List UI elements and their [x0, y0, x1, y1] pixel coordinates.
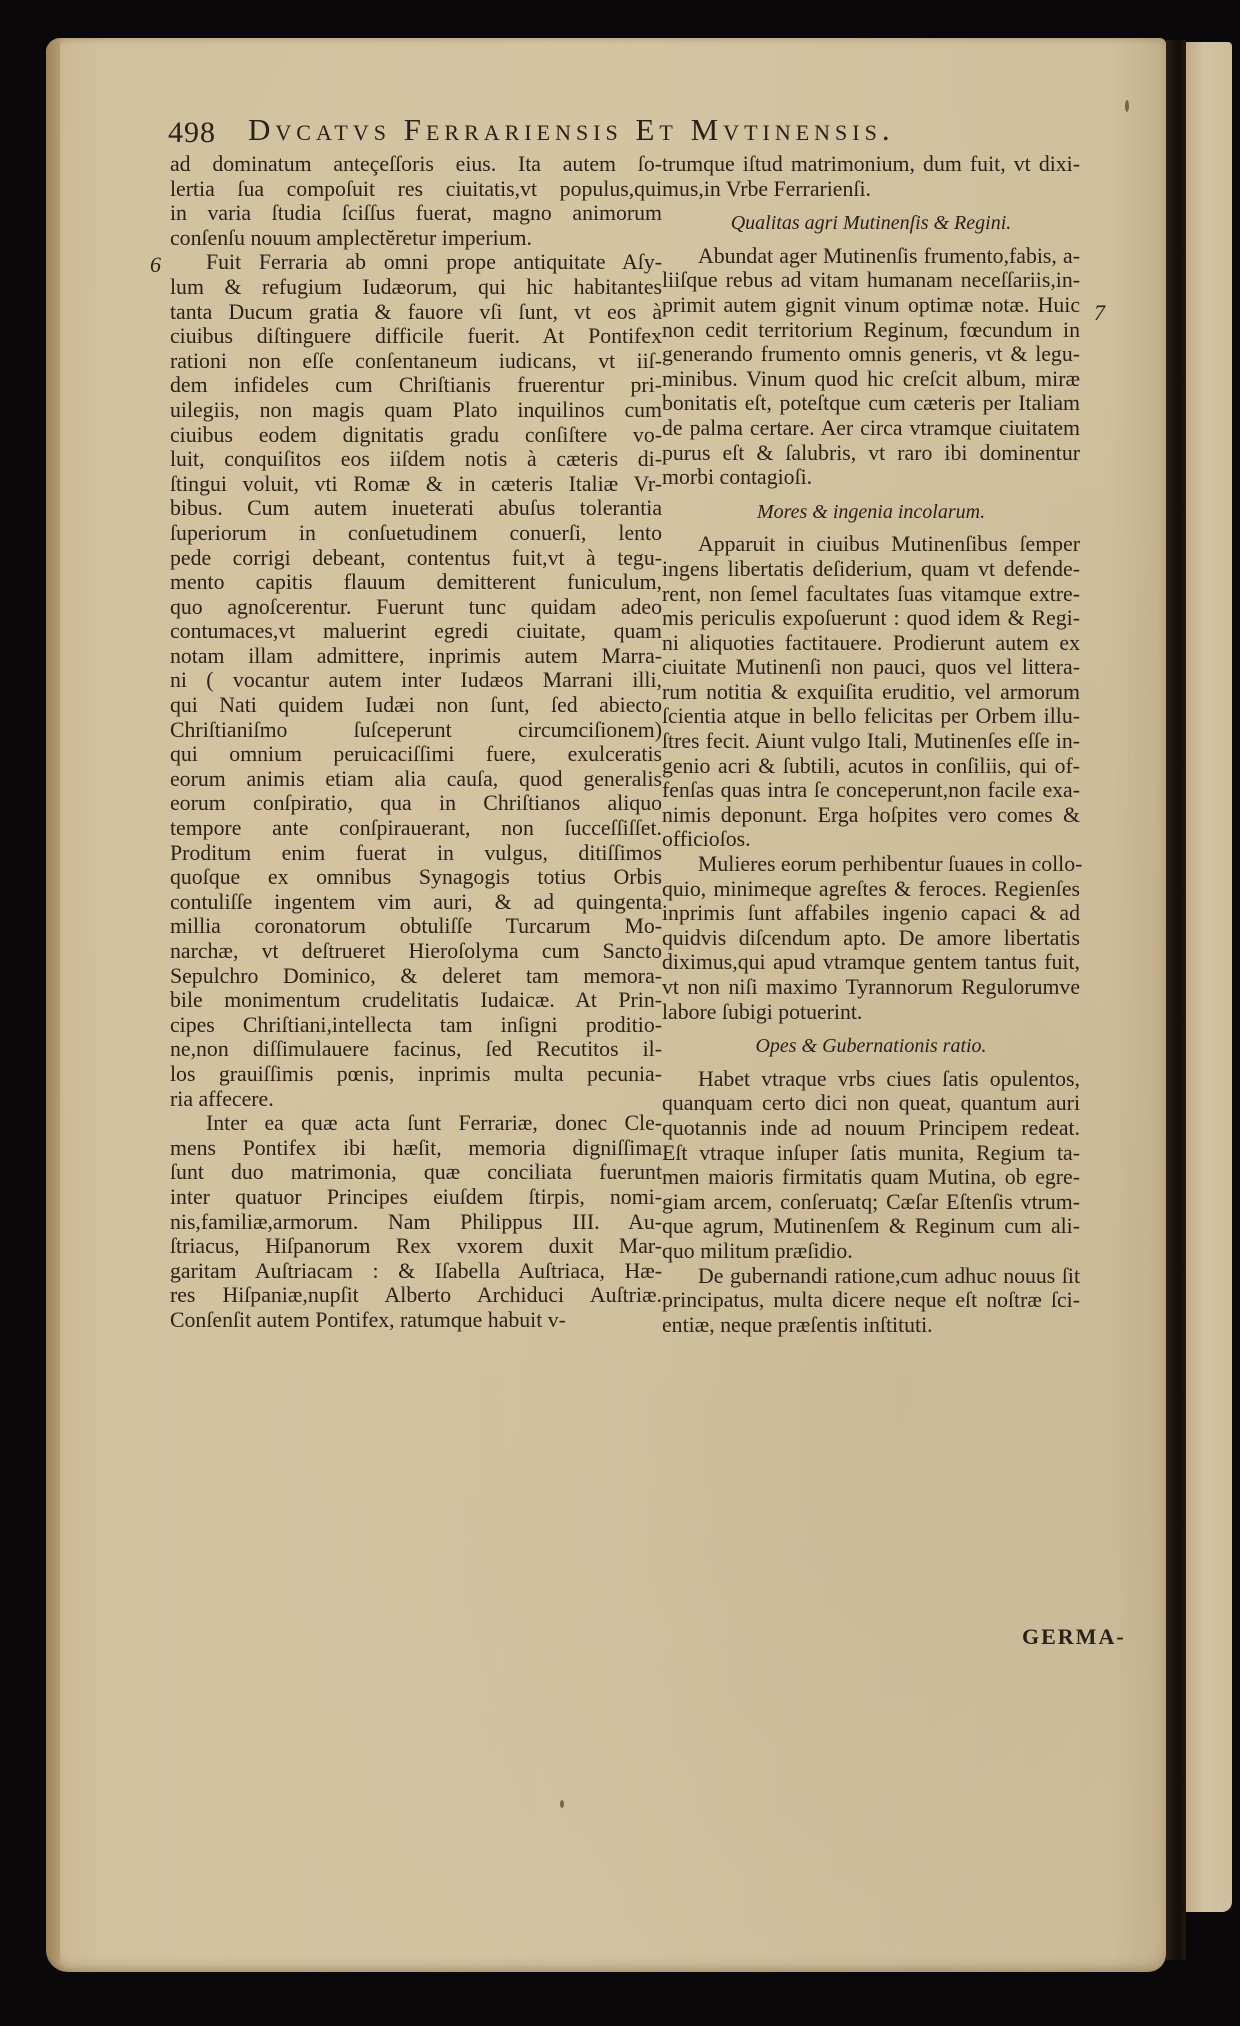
book-gutter: [1166, 40, 1186, 1960]
text-line: contuliſſe ingentem vim auri, & ad quing…: [170, 890, 662, 915]
text-line: eorum animis etiam alia cauſa, quod gene…: [170, 767, 662, 792]
paper-speck: [560, 1800, 564, 1808]
text-line: generando frumento omnis generis, vt & l…: [662, 342, 1080, 367]
text-line: primit autem gignit vinum optimæ notæ. H…: [662, 293, 1080, 318]
text-line: in varia ſtudia ſciſſus fuerat, magno an…: [170, 201, 662, 226]
text-line: giam arcem, conſeruatq; Cæſar Eſtenſis v…: [662, 1190, 1080, 1215]
text-line: luit, conquiſitos eos iiſdem notis à cæt…: [170, 447, 662, 472]
text-line: trumque iſtud matrimonium, dum fuit, vt …: [662, 152, 1080, 177]
paragraph-mores: Apparuit in ciuibus Mutinenſibus ſemperi…: [662, 532, 1080, 852]
text-line: rum notitia & exquiſita eruditio, vel ar…: [662, 680, 1080, 705]
text-line: bonitatis eſt, poteſtque cum cæteris per…: [662, 391, 1080, 416]
text-line: Inter ea quæ acta ſunt Ferrariæ, donec C…: [170, 1111, 662, 1136]
text-line: entiæ, neque præſentis inſtituti.: [662, 1313, 1080, 1338]
text-line: Proditum enim fuerat in vulgus, ditiſſim…: [170, 841, 662, 866]
text-line: ciuibus diſtinguere difficile fuerit. At…: [170, 324, 662, 349]
text-line: ingens libertatis deſiderium, quam vt de…: [662, 557, 1080, 582]
text-line: quo agnoſcerentur. Fuerunt tunc quidam a…: [170, 595, 662, 620]
text-line: Eſt vtraque inſuper ſatis munita, Regium…: [662, 1141, 1080, 1166]
text-line: pede corrigi debeant, contentus fuit,vt …: [170, 546, 662, 571]
text-line: bile monimentum crudelitatis Iudaicæ. At…: [170, 988, 662, 1013]
text-line: notam illam admittere, inprimis autem Ma…: [170, 644, 662, 669]
text-line: uilegiis, non magis quam Plato inquilino…: [170, 398, 662, 423]
text-line: ria affecere.: [170, 1087, 662, 1112]
text-line: quotannis inde ad nouum Principem redeat…: [662, 1116, 1080, 1141]
text-line: ſtriacus, Hiſpanorum Rex vxorem duxit Ma…: [170, 1234, 662, 1259]
text-line: Conſenſit autem Pontifex, ratumque habui…: [170, 1308, 662, 1333]
text-line: que agrum, Mutinenſem & Reginum cum ali-: [662, 1214, 1080, 1239]
text-line: fenſas quas intra ſe conceperunt,non fac…: [662, 778, 1080, 803]
page-fore-edge: [46, 42, 60, 1962]
text-line: los grauiſſimis pœnis, inprimis multa pe…: [170, 1062, 662, 1087]
paragraph-opes: Habet vtraque vrbs ciues ſatis opulentos…: [662, 1067, 1080, 1264]
text-line: diximus,qui apud vtramque gentem tantus …: [662, 950, 1080, 975]
text-line: De gubernandi ratione,cum adhuc nouus ſi…: [662, 1264, 1080, 1289]
text-line: ſtres fecit. Aiunt vulgo Itali, Mutinenſ…: [662, 729, 1080, 754]
text-line: ſtingui voluit, vti Romæ & in cæteris It…: [170, 472, 662, 497]
text-line: quoſque ex omnibus Synagogis totius Orbi…: [170, 865, 662, 890]
text-line: quanquam certo dici non queat, quantum a…: [662, 1091, 1080, 1116]
catchword: GERMA-: [1022, 1624, 1126, 1650]
text-line: morbi contagioſi.: [662, 465, 1080, 490]
text-line: conſenſu nouum amplectĕretur imperium.: [170, 226, 662, 251]
text-line: rent, non ſemel facultates ſuas vitamque…: [662, 582, 1080, 607]
text-line: mis periculis expoſuerunt : quod idem & …: [662, 606, 1080, 631]
paragraph-mulieres: Mulieres eorum perhibentur ſuaues in col…: [662, 852, 1080, 1024]
text-line: ni ( vocantur autem inter Iudæos Marrani…: [170, 668, 662, 693]
text-line: inprimis ſunt affabiles ingenio capaci &…: [662, 901, 1080, 926]
left-column: ad dominatum anteçeſſoris eius. Ita aute…: [170, 152, 662, 1333]
text-line: quo militum præſidio.: [662, 1239, 1080, 1264]
section-heading-qualitas: Qualitas agri Mutinenſis & Regini.: [662, 211, 1080, 236]
section-heading-opes: Opes & Gubernationis ratio.: [662, 1034, 1080, 1059]
paragraph-continuation: trumque iſtud matrimonium, dum fuit, vt …: [662, 152, 1080, 201]
text-line: inter quatuor Principes eiuſdem ſtirpis,…: [170, 1185, 662, 1210]
text-line: lum & refugium Iudæorum, qui hic habitan…: [170, 275, 662, 300]
text-line: Apparuit in ciuibus Mutinenſibus ſemper: [662, 532, 1080, 557]
paper-speck: [1125, 100, 1129, 112]
text-line: genio acri & ſubtili, acutos in conſilii…: [662, 754, 1080, 779]
text-line: quidvis diſcendum apto. De amore liberta…: [662, 926, 1080, 951]
text-line: ciuibus eodem dignitatis gradu conſiſter…: [170, 423, 662, 448]
text-line: narchæ, vt deſtrueret Hieroſolyma cum Sa…: [170, 939, 662, 964]
text-line: purus eſt & ſalubris, vt raro ibi domine…: [662, 441, 1080, 466]
text-line: Mulieres eorum perhibentur ſuaues in col…: [662, 852, 1080, 877]
text-line: ſunt duo matrimonia, quæ conciliata fuer…: [170, 1160, 662, 1185]
margin-note-right: 7: [1094, 300, 1105, 326]
text-line: de palma certare. Aer circa vtramque ciu…: [662, 416, 1080, 441]
text-line: bibus. Cum autem inueterati abuſus toler…: [170, 496, 662, 521]
text-line: ad dominatum anteçeſſoris eius. Ita aute…: [170, 152, 662, 177]
text-line: dem infideles cum Chriſtianis fruerentur…: [170, 373, 662, 398]
text-line: rationi non eſſe conſentaneum iudicans, …: [170, 349, 662, 374]
text-line: mens Pontifex ibi hæſit, memoria digniſſ…: [170, 1136, 662, 1161]
text-line: vt non niſi maximo Tyrannorum Regulorumv…: [662, 975, 1080, 1000]
page-number: 498: [168, 116, 216, 150]
running-title: Dvcatvs Ferrariensis Et Mvtinensis.: [248, 112, 895, 148]
text-line: men maioris firmitatis quam Mutina, ob e…: [662, 1165, 1080, 1190]
text-line: Abundat ager Mutinenſis frumento,fabis, …: [662, 244, 1080, 269]
text-line: labore ſubigi potuerint.: [662, 1000, 1080, 1025]
text-line: garitam Auſtriacam : & Iſabella Auſtriac…: [170, 1259, 662, 1284]
text-line: eorum conſpiratio, qua in Chriſtianos al…: [170, 791, 662, 816]
text-line: millia coronatorum obtuliſſe Turcarum Mo…: [170, 914, 662, 939]
text-line: liiſque rebus ad vitam humanam neceſſari…: [662, 268, 1080, 293]
running-head: 498 Dvcatvs Ferrariensis Et Mvtinensis.: [168, 110, 1098, 150]
text-line: mus,in Vrbe Ferrarienſi.: [662, 177, 1080, 202]
text-line: qui Nati quidem Iudæi non ſunt, ſed abie…: [170, 693, 662, 718]
text-line: Fuit Ferraria ab omni prope antiquitate …: [170, 250, 662, 275]
text-line: Sepulchro Dominico, & deleret tam memora…: [170, 964, 662, 989]
text-line: nis,familiæ,armorum. Nam Philippus III. …: [170, 1210, 662, 1235]
text-line: minibus. Vinum quod hic creſcit album, m…: [662, 367, 1080, 392]
text-line: quio, minimeque agreſtes & feroces. Regi…: [662, 877, 1080, 902]
text-line: nimis deponunt. Erga hoſpites vero comes…: [662, 803, 1080, 828]
text-line: non cedit territorium Reginum, fœcundum …: [662, 318, 1080, 343]
text-line: principatus, multa dicere neque eſt noſt…: [662, 1288, 1080, 1313]
text-line: ciuitate Mutinenſi non pauci, quos vel l…: [662, 655, 1080, 680]
text-line: officioſos.: [662, 827, 1080, 852]
text-line: ſcientia atque in bello felicitas per Or…: [662, 704, 1080, 729]
text-line: ne,non diſſimulauere facinus, ſed Recuti…: [170, 1037, 662, 1062]
section-heading-mores: Mores & ingenia incolarum.: [662, 500, 1080, 525]
facing-page-edge: [1186, 42, 1232, 1912]
text-line: mento capitis flauum demitterent funicul…: [170, 570, 662, 595]
text-line: lertia ſua compoſuit res ciuitatis,vt po…: [170, 177, 662, 202]
text-line: ſuperiorum in conſuetudinem conuerſi, le…: [170, 521, 662, 546]
text-line: Habet vtraque vrbs ciues ſatis opulentos…: [662, 1067, 1080, 1092]
text-line: tanta Ducum gratia & fauore vſi ſunt, vt…: [170, 300, 662, 325]
text-line: contumaces,vt maluerint egredi ciuitate,…: [170, 619, 662, 644]
text-line: cipes Chriſtiani,intellecta tam inſigni …: [170, 1013, 662, 1038]
text-line: ni aliquoties factitauere. Prodierunt au…: [662, 631, 1080, 656]
right-column: trumque iſtud matrimonium, dum fuit, vt …: [662, 152, 1080, 1337]
margin-note-left: 6: [150, 252, 161, 278]
text-line: qui omnium peruicaciſſimi fuere, exulcer…: [170, 742, 662, 767]
text-line: tempore ante conſpirauerant, non ſucceſſ…: [170, 816, 662, 841]
text-line: Chriſtianiſmo ſuſceperunt circumciſionem…: [170, 718, 662, 743]
text-line: res Hiſpaniæ,nupſit Alberto Archiduci Au…: [170, 1283, 662, 1308]
paragraph-qualitas: Abundat ager Mutinenſis frumento,fabis, …: [662, 244, 1080, 490]
paragraph-gubernandi: De gubernandi ratione,cum adhuc nouus ſi…: [662, 1264, 1080, 1338]
